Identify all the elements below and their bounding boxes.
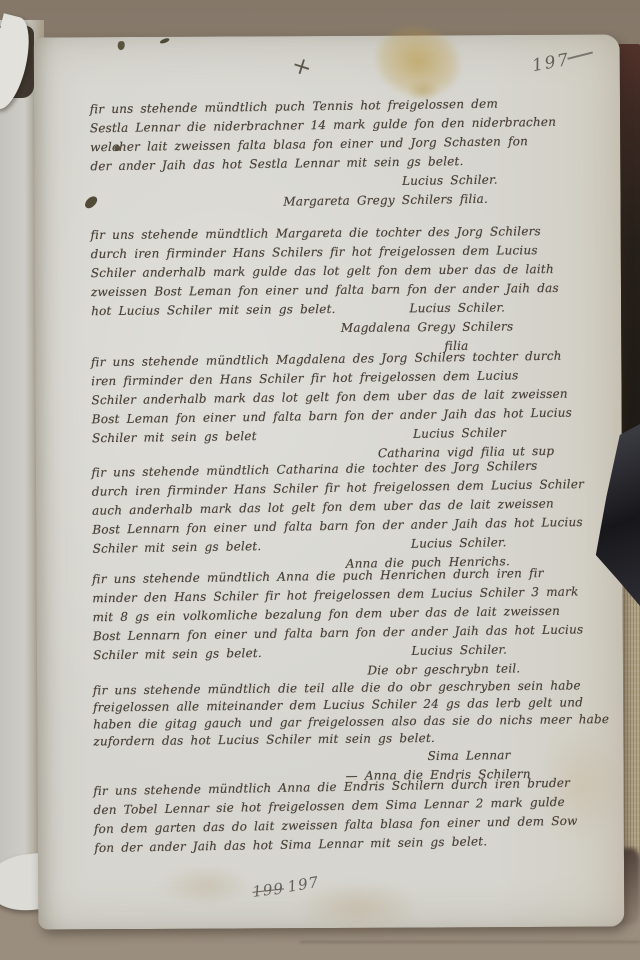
ink-speck <box>118 41 125 50</box>
manuscript-entry: fir uns stehende mündtlich Anna die puch… <box>92 564 566 685</box>
page-number-bottom: 197 <box>286 873 320 896</box>
entry-body-text: fon der ander Jaih das hot Sima Lennar m… <box>94 834 487 855</box>
manuscript-entry: fir uns stehende mündtlich puch Tennis h… <box>90 94 564 215</box>
entry-signature: Lucius Schiler. <box>409 298 505 318</box>
manuscript-entry: fir uns stehende mündtlich Magdalena des… <box>91 347 565 468</box>
stain <box>158 864 253 906</box>
entry-body-text: der ander Jaih das hot Sestla Lennar mit… <box>90 154 463 173</box>
entry-body-text: Schiler anderhalb mark gulde das lot gel… <box>91 262 554 280</box>
entry-signature: Lucius Schiler <box>413 424 506 444</box>
entry-body-text: durch iren firminder Hans Schilers fir h… <box>91 243 538 261</box>
page-number-top: 197 <box>531 50 572 77</box>
page-number-annotation: 197 <box>531 45 596 76</box>
entry-body-text: fir uns stehende mündtlich Margareta die… <box>90 224 541 242</box>
entry-body-text: Bost Lennarn fon einer und falta barn fo… <box>93 622 584 643</box>
entry-body-text: Schiler mit sein gs belet. <box>93 644 262 665</box>
manuscript-entry: fir uns stehende mündtlich Margareta die… <box>90 222 563 359</box>
manuscript-entry: fir uns stehende mündtlich Catharina die… <box>91 456 565 577</box>
entry-body-text: hot Lucius Schiler mit sein gs belet. <box>91 300 336 321</box>
manuscript-page: 197 + fir uns stehende mündtlich puch Te… <box>34 34 625 929</box>
entry-body-text: fir uns stehende mündtlich puch Tennis h… <box>90 97 499 117</box>
folio-correction: 199197 <box>251 873 320 902</box>
background-board-seam <box>300 941 640 943</box>
entry-signature: Lucius Schiler. <box>411 533 507 553</box>
cross-mark: + <box>288 50 316 83</box>
entry-body-text: Schiler mit sein gs belet. <box>93 537 262 559</box>
entry-body-text: Schiler mit sein gs belet <box>92 427 257 448</box>
ink-speck <box>159 37 170 44</box>
manuscript-entry: fir uns stehende mündtlich die teil alle… <box>93 678 566 789</box>
manuscript-photo: { "colors":{ "board":"#8e8174","page":"#… <box>0 0 640 960</box>
entries: fir uns stehende mündtlich puch Tennis h… <box>90 35 562 37</box>
entry-signature: Lucius Schiler. <box>411 641 507 661</box>
entry-body-text: zufordern das hot Lucius Schiler mit sei… <box>93 731 435 749</box>
entry-body-text: zweissen Bost Leman fon einer und falta … <box>91 281 559 299</box>
pencil-flourish <box>568 51 594 59</box>
struck-page-number: 199 <box>251 879 284 900</box>
stain <box>367 16 470 107</box>
entry-body-text: haben die gitag gauch und gar freigeloss… <box>93 712 609 731</box>
manuscript-entry: fir uns stehende mündtlich Anna die Endr… <box>93 774 566 858</box>
